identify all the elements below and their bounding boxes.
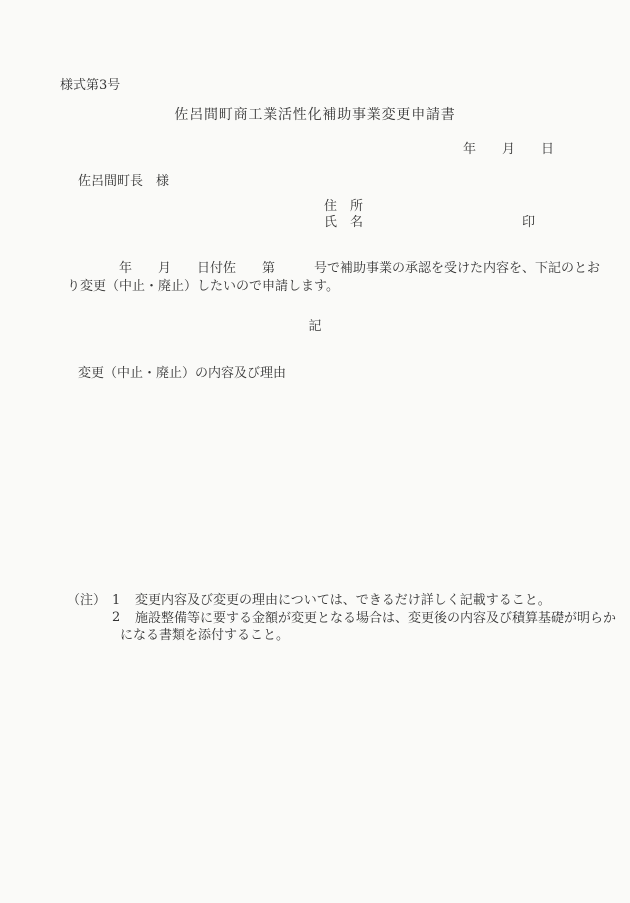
change-reason-section-heading: 変更（中止・廃止）の内容及び理由 [78, 366, 286, 381]
document-title: 佐呂間町商工業活性化補助事業変更申請書 [0, 108, 630, 123]
application-body-paragraph: 年 月 日付佐 第 号で補助事業の承認を受けた内容を、下記のとお り変更（中止・… [67, 260, 600, 295]
document-page: 様式第3号 佐呂間町商工業活性化補助事業変更申請書 年 月 日 佐呂間町長 様 … [0, 0, 630, 903]
applicant-name-label: 氏 名 [324, 215, 363, 230]
form-number: 様式第3号 [60, 78, 120, 93]
note-item-text: 施設整備等に要する金額が変更となる場合は、変更後の内容及び積算基礎が明らか にな… [120, 610, 616, 644]
seal-mark: 印 [522, 215, 535, 230]
addressee-line: 佐呂間町長 様 [78, 174, 169, 189]
record-heading: 記 [0, 319, 630, 334]
notes-label: （注） [67, 593, 106, 608]
date-line: 年 月 日 [463, 142, 554, 157]
applicant-address-label: 住 所 [324, 199, 363, 214]
note-item-number: 1 [112, 593, 120, 608]
note-item-text: 変更内容及び変更の理由については、できるだけ詳しく記載すること。 [135, 593, 551, 608]
